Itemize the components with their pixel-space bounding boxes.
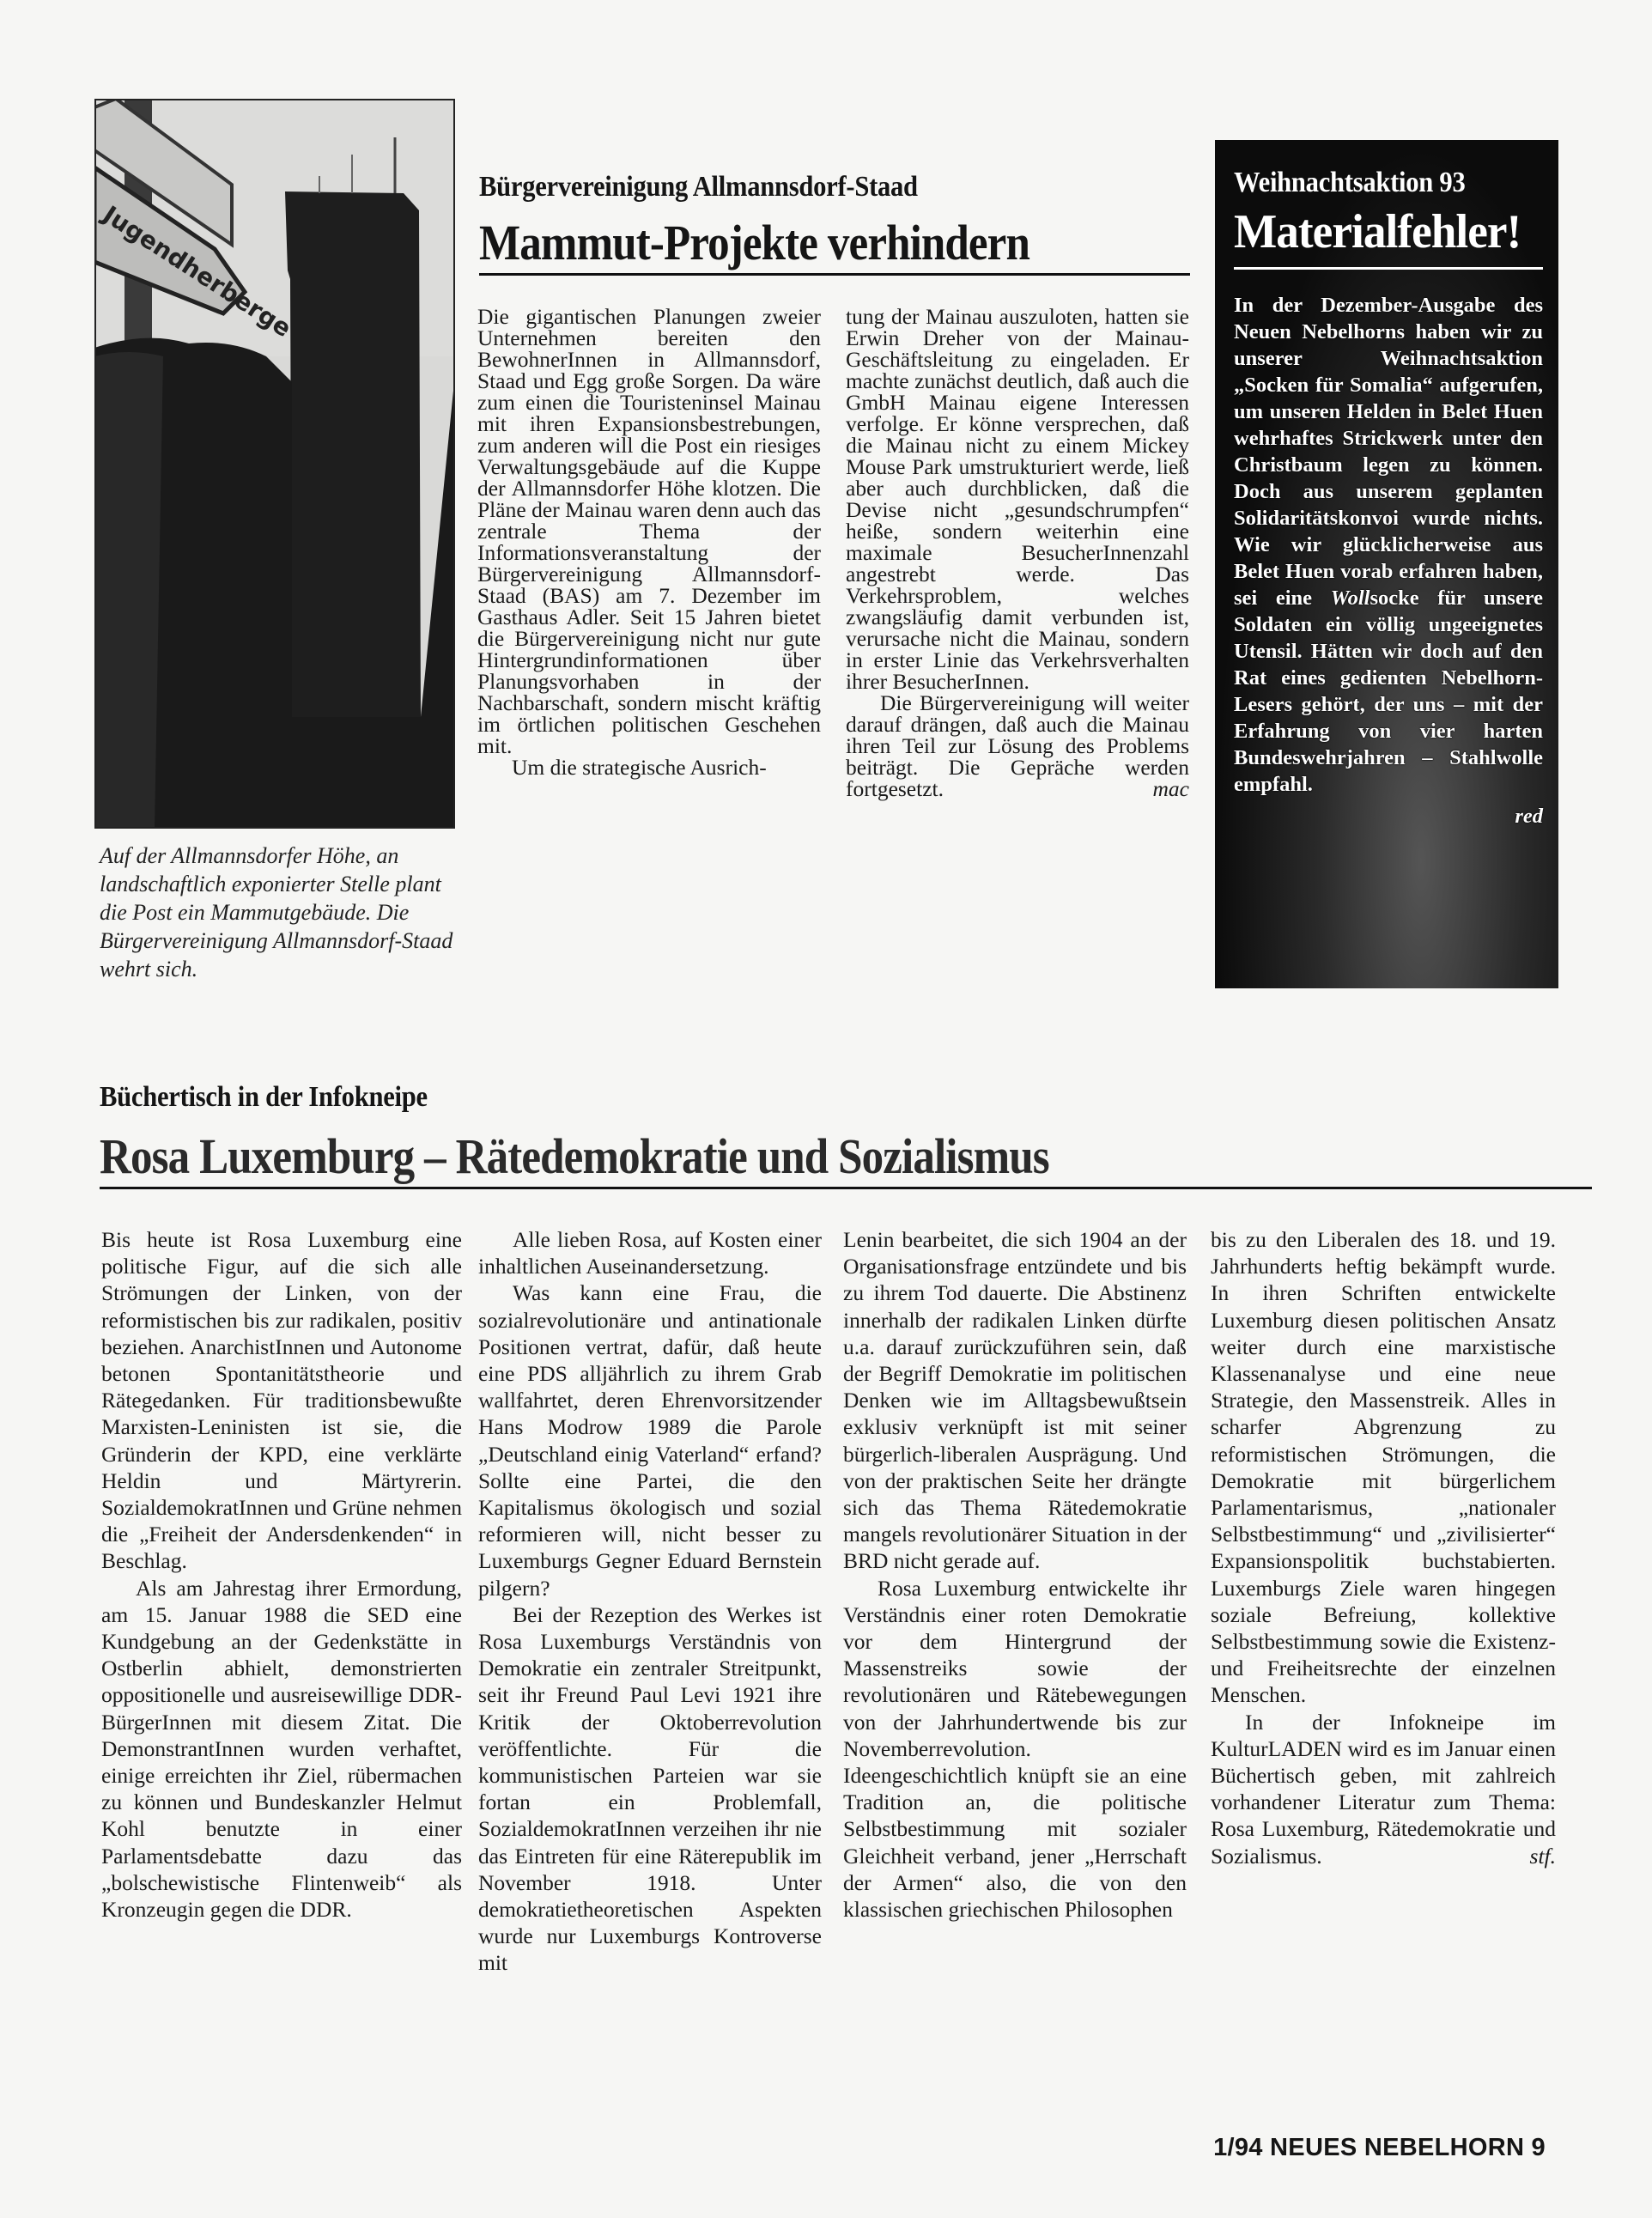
- author-signature: mac: [1119, 778, 1189, 799]
- article1-rule: [479, 273, 1190, 276]
- author-signature: red: [1515, 805, 1543, 828]
- article2-column-4: bis zu den Liberalen des 18. und 19. Jah…: [1211, 1226, 1556, 1869]
- paragraph: tung der Mainau auszuloten, hatten sie E…: [846, 306, 1189, 692]
- photo-tower-and-sign: Jugendherberge: [94, 99, 455, 829]
- paragraph: Bei der Rezeption des Werkes ist Rosa Lu…: [478, 1601, 822, 1977]
- paragraph: Lenin bearbeitet, die sich 1904 an der O…: [843, 1226, 1187, 1575]
- sidebar-text-italic: Woll: [1331, 586, 1370, 610]
- article2-column-1: Bis heute ist Rosa Luxemburg eine politi…: [101, 1226, 462, 1923]
- article2-kicker: Büchertisch in der Infokneipe: [100, 1080, 1444, 1115]
- paragraph: Alle lieben Rosa, auf Kosten einer inhal…: [478, 1226, 822, 1279]
- photo-caption: Auf der Allmannsdorfer Höhe, an landscha…: [100, 842, 455, 983]
- paragraph: In der Infokneipe im KulturLADEN wird es…: [1211, 1709, 1556, 1869]
- paragraph: Als am Jahrestag ihrer Ermordung, am 15.…: [101, 1575, 462, 1923]
- page-footer: 1/94 NEUES NEBELHORN 9: [1185, 2134, 1546, 2162]
- sidebar-headline: Materialfehler!: [1234, 205, 1527, 258]
- sidebar-text: socke für unsere Soldaten ein völlig ung…: [1234, 586, 1543, 796]
- article1-headline: Mammut-Projekte verhindern: [479, 216, 1106, 270]
- article1-column-2: tung der Mainau auszuloten, hatten sie E…: [846, 306, 1189, 799]
- article2-headline: Rosa Luxemburg – Rätedemokratie und Sozi…: [100, 1130, 1414, 1183]
- article1-header: Bürgervereinigung Allmannsdorf-Staad Mam…: [479, 170, 1192, 276]
- paragraph: Um die strategische Ausrich-: [477, 757, 821, 778]
- sidebar-box-weihnachtsaktion: Weihnachtsaktion 93 Materialfehler! In d…: [1215, 140, 1558, 988]
- article1-kicker: Bürgervereinigung Allmannsdorf-Staad: [479, 170, 1121, 204]
- sidebar-kicker: Weihnachtsaktion 93: [1234, 166, 1512, 200]
- article2-header: Büchertisch in der Infokneipe Rosa Luxem…: [100, 1080, 1594, 1189]
- sidebar-text: In der Dezember-Ausgabe des Neuen Nebelh…: [1234, 294, 1543, 610]
- article2-column-3: Lenin bearbeitet, die sich 1904 an der O…: [843, 1226, 1187, 1923]
- photo-illustration: Jugendherberge: [94, 99, 455, 829]
- paragraph: Rosa Luxemburg entwickelte ihr Verständn…: [843, 1575, 1187, 1923]
- sidebar-rule: [1234, 267, 1543, 270]
- paragraph: Die Bürgervereinigung will weiter darauf…: [846, 692, 1189, 799]
- author-signature: stf.: [1496, 1843, 1556, 1869]
- article2-rule: [100, 1187, 1592, 1189]
- paragraph: Bis heute ist Rosa Luxemburg eine politi…: [101, 1226, 462, 1575]
- paragraph: Was kann eine Frau, die sozialrevolution…: [478, 1279, 822, 1601]
- paragraph: bis zu den Liberalen des 18. und 19. Jah…: [1211, 1226, 1556, 1709]
- article1-column-1: Die gigantischen Planungen zweier Untern…: [477, 306, 821, 778]
- paragraph: Die gigantischen Planungen zweier Untern…: [477, 306, 821, 757]
- sidebar-body: In der Dezember-Ausgabe des Neuen Nebelh…: [1234, 292, 1543, 829]
- article2-column-2: Alle lieben Rosa, auf Kosten einer inhal…: [478, 1226, 822, 1977]
